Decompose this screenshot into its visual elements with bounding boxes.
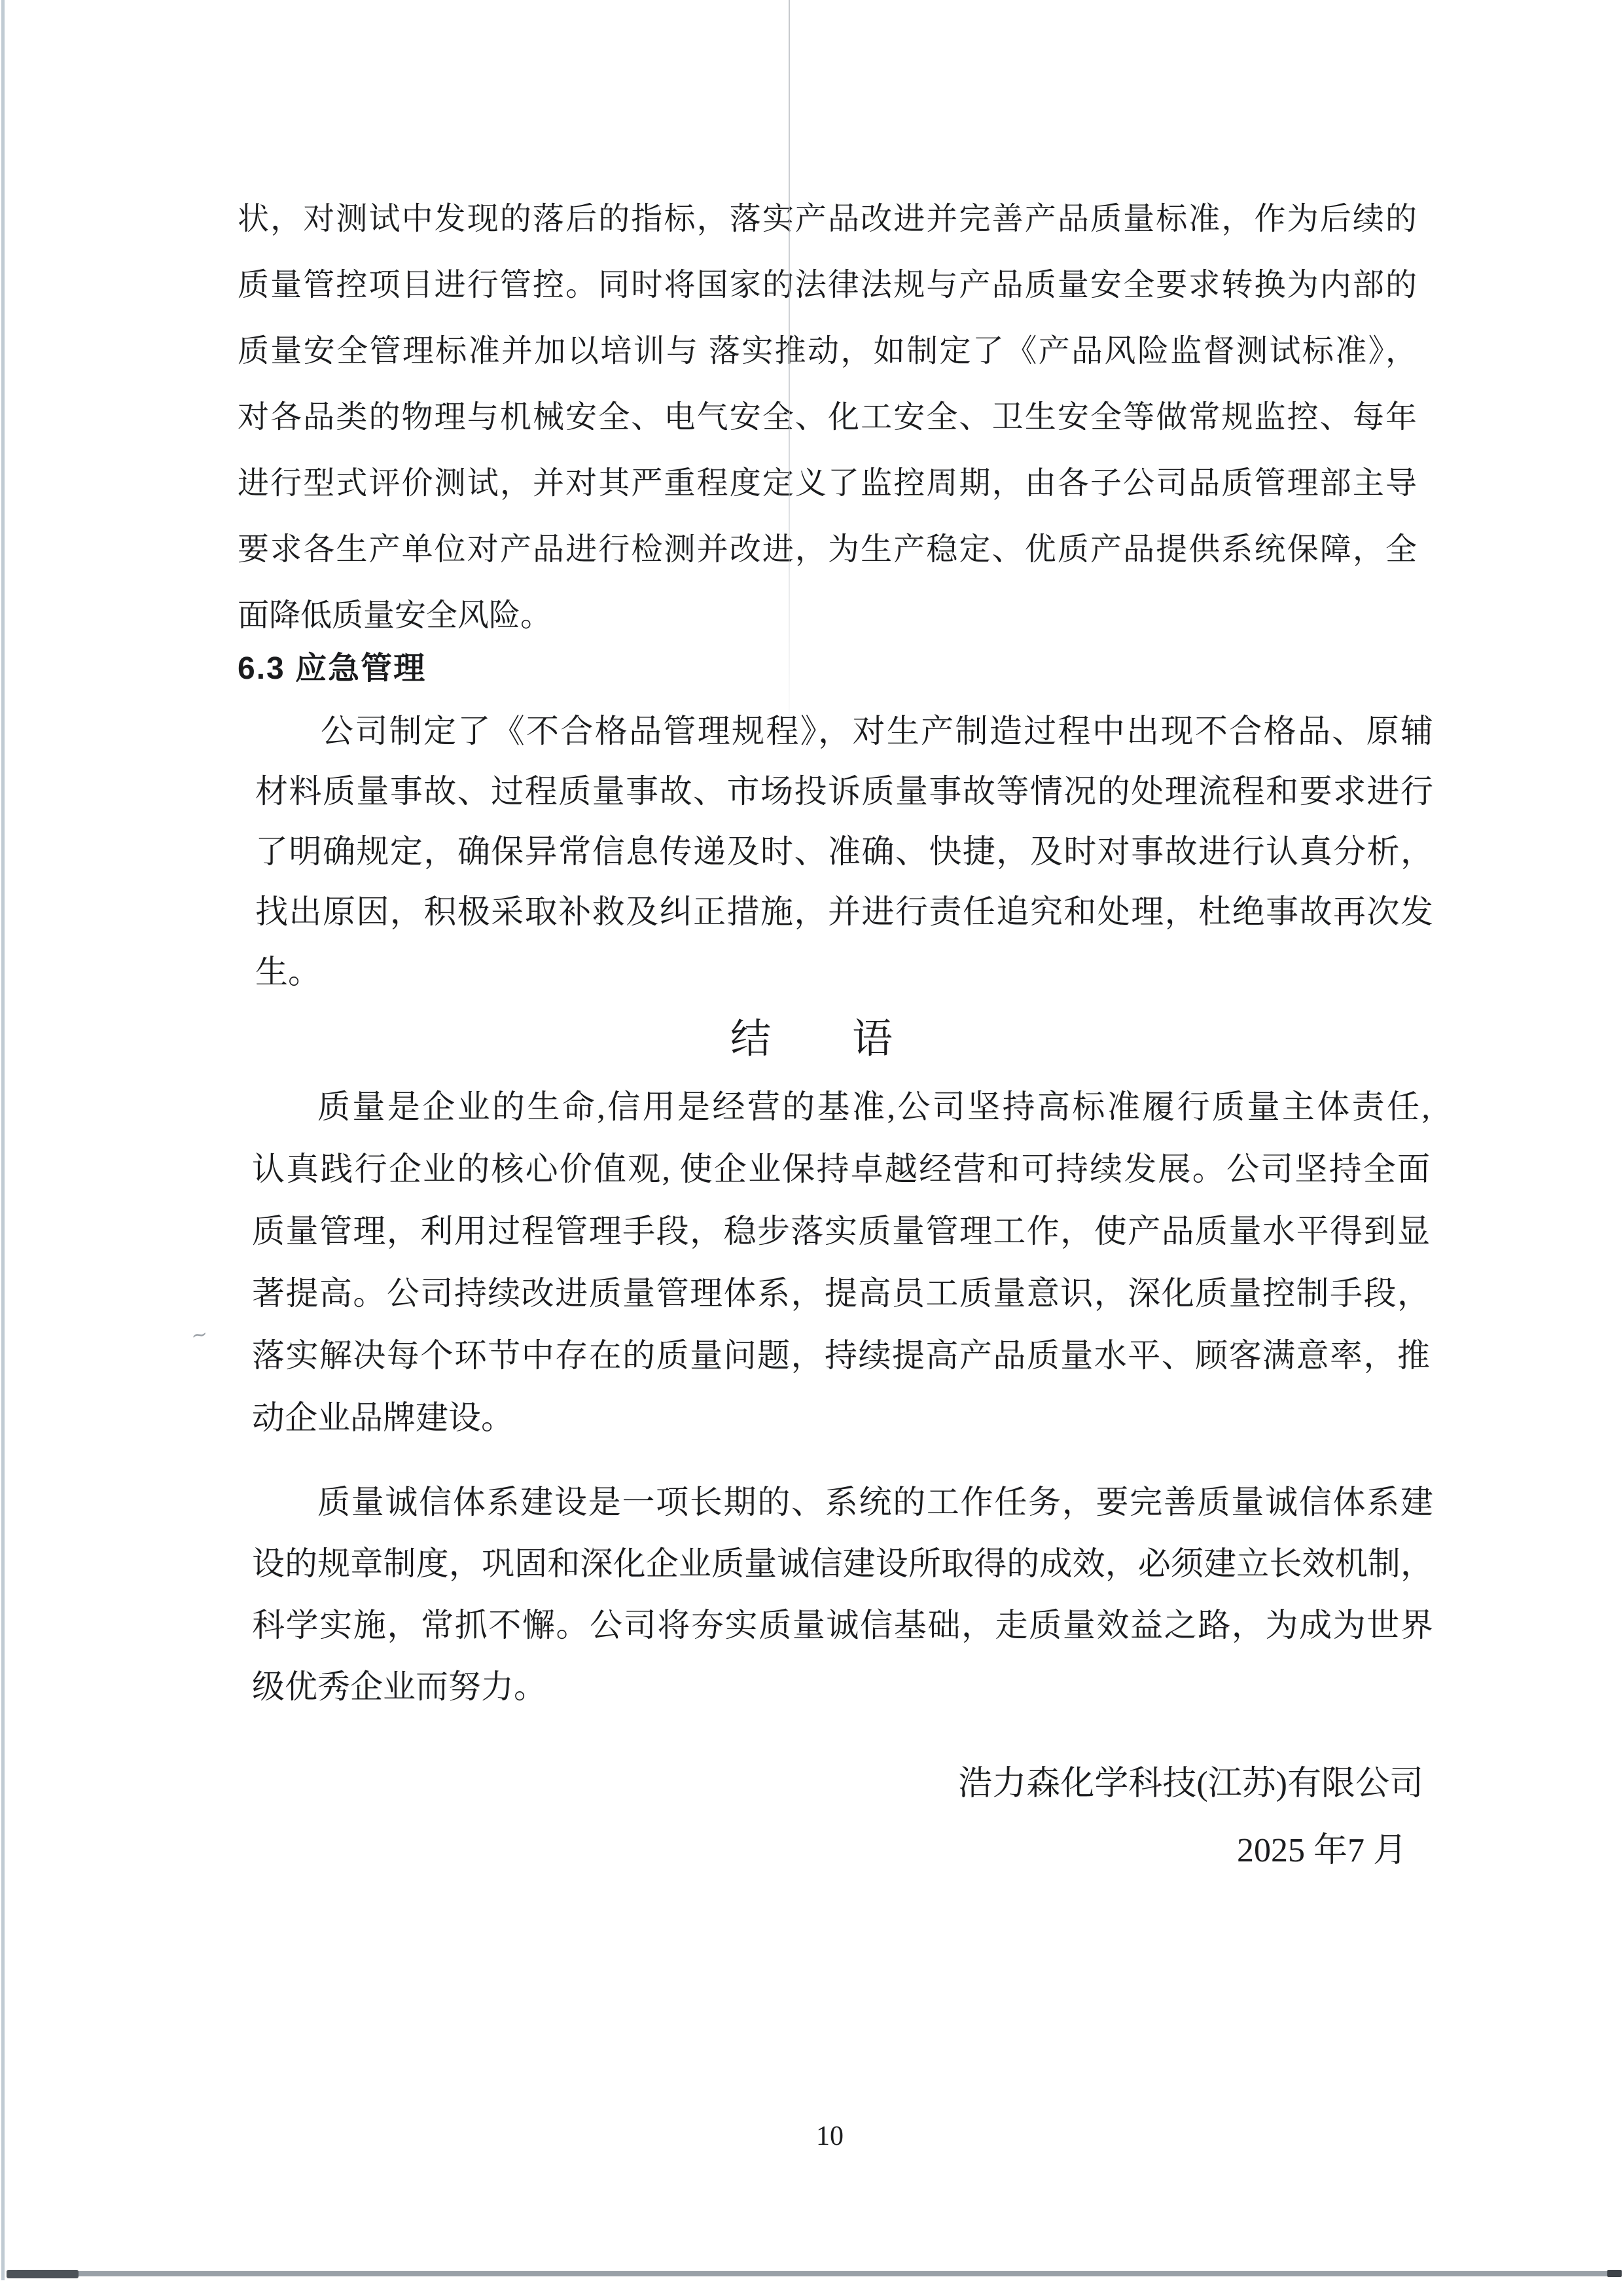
- conclusion-heading-char-right: 语: [852, 1013, 893, 1066]
- text-line: 科学实施，常抓不懈。公司将夯实质量诚信基础，走质量效益之路，为成为世界: [252, 1594, 1433, 1656]
- text-line: 面降低质量安全风险。: [238, 583, 1417, 649]
- scan-bottom-shadow-left-cap: [7, 2270, 79, 2278]
- text-line: 了明确规定，确保异常信息传递及时、准确、快捷，及时对事故进行认真分析，: [255, 821, 1433, 882]
- text-line: 质量是企业的生命,信用是经营的基准,公司坚持高标准履行质量主体责任,: [252, 1076, 1430, 1138]
- text-line: 质量管控项目进行管控。同时将国家的法律法规与产品质量安全要求转换为内部的: [238, 252, 1417, 318]
- conclusion-paragraph-2: 质量诚信体系建设是一项长期的、系统的工作任务，要完善质量诚信体系建设的规章制度，…: [252, 1471, 1433, 1717]
- text-line: 要求各生产单位对产品进行检测并改进，为生产稳定、优质产品提供系统保障，全: [238, 516, 1417, 583]
- scanned-document-page: 状，对测试中发现的落后的指标，落实产品改进并完善产品质量标准，作为后续的质量管控…: [0, 0, 1623, 2296]
- text-line: 质量安全管理标准并加以培训与 落实推动，如制定了《产品风险监督测试标准》，: [238, 318, 1417, 384]
- text-line: 质量诚信体系建设是一项长期的、系统的工作任务，要完善质量诚信体系建: [252, 1471, 1433, 1533]
- text-line: 状，对测试中发现的落后的指标，落实产品改进并完善产品质量标准，作为后续的: [238, 186, 1417, 252]
- text-line: 落实解决每个环节中存在的质量问题，持续提高产品质量水平、顾客满意率，推: [252, 1325, 1430, 1387]
- page-number: 10: [809, 2121, 851, 2152]
- signature-date: 2025 年7 月: [252, 1831, 1407, 1871]
- scan-speck-mark: ∼: [190, 1323, 219, 1346]
- text-line: 进行型式评价测试，并对其严重程度定义了监控周期，由各子公司品质管理部主导: [238, 450, 1417, 516]
- conclusion-heading-char-left: 结: [730, 1013, 771, 1066]
- paragraph-nonconforming-product-management: 公司制定了《不合格品管理规程》，对生产制造过程中出现不合格品、原辅材料质量事故、…: [255, 701, 1433, 1002]
- paragraph-quality-control-continued: 状，对测试中发现的落后的指标，落实产品改进并完善产品质量标准，作为后续的质量管控…: [238, 186, 1417, 649]
- signature-company-name: 浩力森化学科技(江苏)有限公司: [252, 1765, 1423, 1804]
- text-line: 设的规章制度，巩固和深化企业质量诚信建设所取得的成效，必须建立长效机制，: [252, 1533, 1433, 1594]
- scan-bottom-shadow-right-cap: [1607, 2270, 1622, 2277]
- text-line: 对各品类的物理与机械安全、电气安全、化工安全、卫生安全等做常规监控、每年: [238, 384, 1417, 450]
- text-line: 公司制定了《不合格品管理规程》，对生产制造过程中出现不合格品、原辅: [255, 701, 1433, 761]
- conclusion-paragraph-1: 质量是企业的生命,信用是经营的基准,公司坚持高标准履行质量主体责任,认真践行企业…: [252, 1076, 1430, 1449]
- text-line: 材料质量事故、过程质量事故、市场投诉质量事故等情况的处理流程和要求进行: [255, 761, 1433, 821]
- text-line: 级优秀企业而努力。: [252, 1656, 1433, 1717]
- section-heading-6-3-emergency-management: 6.3 应急管理: [238, 651, 1417, 687]
- scan-bottom-shadow-line: [7, 2271, 1622, 2276]
- text-line: 生。: [255, 942, 1433, 1002]
- scan-vertical-crease-line: [789, 0, 790, 753]
- scan-left-edge-line: [1, 0, 5, 2280]
- text-line: 质量管理，利用过程管理手段，稳步落实质量管理工作，使产品质量水平得到显: [252, 1200, 1430, 1263]
- text-line: 找出原因，积极采取补救及纠正措施，并进行责任追究和处理，杜绝事故再次发: [255, 882, 1433, 942]
- text-line: 著提高。公司持续改进质量管理体系，提高员工质量意识，深化质量控制手段，: [252, 1263, 1430, 1325]
- text-line: 认真践行企业的核心价值观, 使企业保持卓越经营和可持续发展。公司坚持全面: [252, 1138, 1430, 1200]
- conclusion-heading: 结 语: [223, 1013, 1400, 1066]
- text-line: 动企业品牌建设。: [252, 1387, 1430, 1449]
